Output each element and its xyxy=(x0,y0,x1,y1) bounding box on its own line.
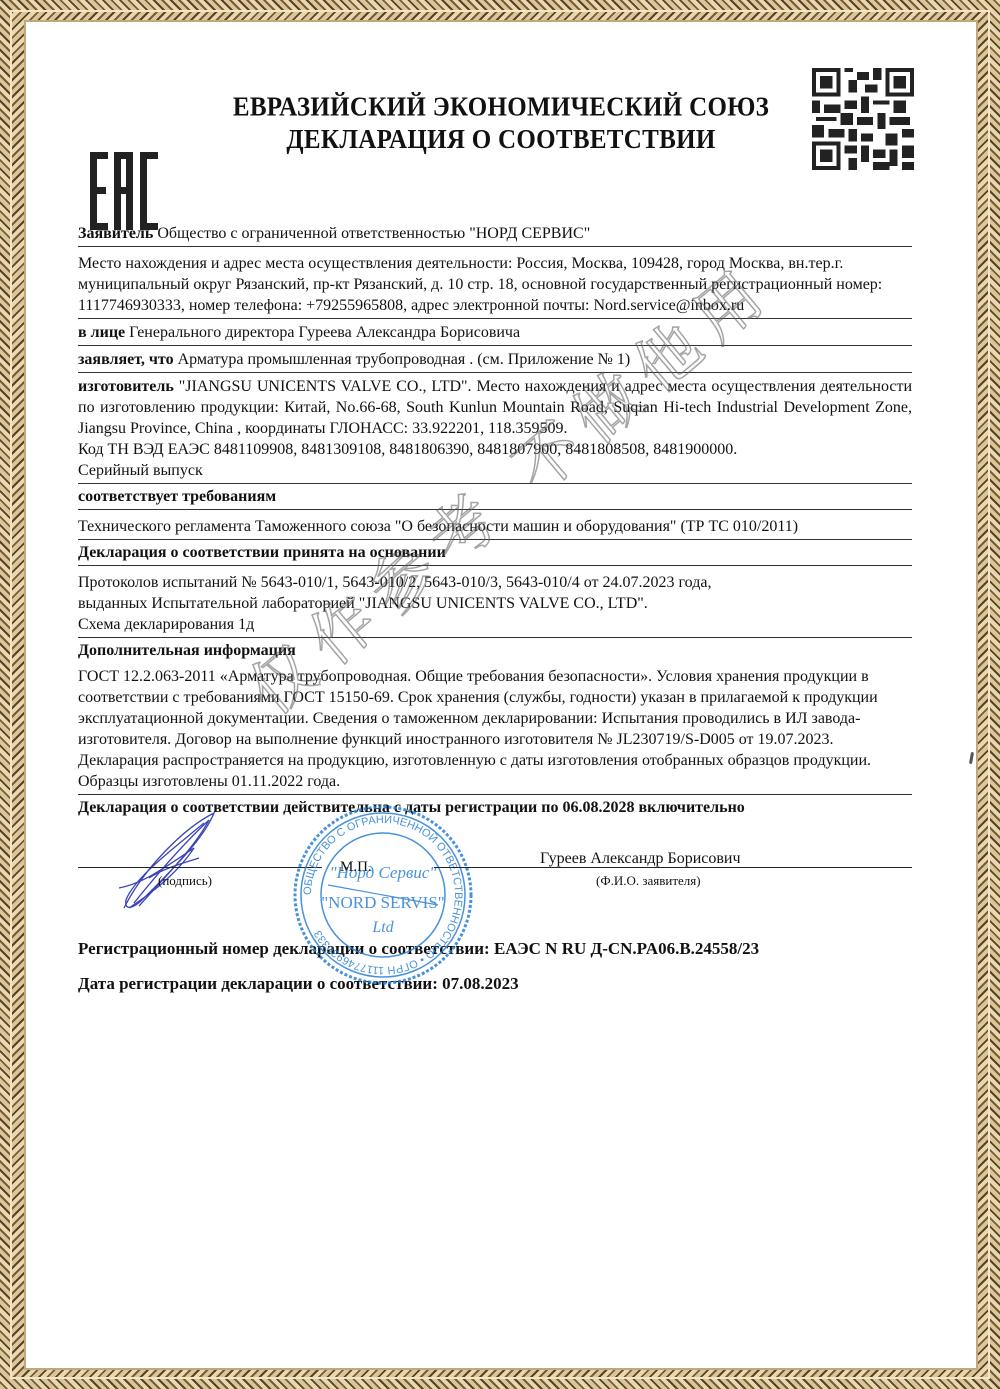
declares-row: заявляет, что Арматура промышленная труб… xyxy=(78,346,912,373)
handwritten-signature-icon xyxy=(104,808,234,918)
registration-number: ЕАЭС N RU Д-CN.PA06.B.24558/23 xyxy=(494,939,759,958)
signature-area: (подпись) ОБЩЕСТВО С ОГРАНИЧЕННОЙ ОТВЕТС… xyxy=(78,820,912,930)
basis-laboratory: выданных Испытательной лабораторией "JIA… xyxy=(78,593,912,614)
represented-by-label: в лице xyxy=(78,324,125,341)
seal-line3: Ltd xyxy=(371,919,394,936)
seal-place-label: М.П. xyxy=(340,857,372,878)
signature-caption: (подпись) xyxy=(158,870,212,891)
applicant-address: Место нахождения и адрес места осуществл… xyxy=(78,247,912,319)
eac-logo-icon xyxy=(90,152,160,230)
represented-by-row: в лице Генерального директора Гуреева Ал… xyxy=(78,319,912,346)
basis-block: Протоколов испытаний № 5643-010/1, 5643-… xyxy=(78,566,912,638)
additional-heading: Дополнительная информация xyxy=(78,638,912,663)
signer-caption: (Ф.И.О. заявителя) xyxy=(596,870,701,891)
qr-code-icon[interactable] xyxy=(812,68,914,170)
signature-line xyxy=(78,867,322,868)
basis-heading: Декларация о соответствии принята на осн… xyxy=(78,540,912,566)
requirements-heading: соответствует требованиям xyxy=(78,484,912,510)
applicant-row: Заявитель Общество с ограниченной ответс… xyxy=(78,220,912,247)
declaration-page: ЕВРАЗИЙСКИЙ ЭКОНОМИЧЕСКИЙ СОЮЗ ДЕКЛАРАЦИ… xyxy=(24,20,978,1370)
manufacturer-row: изготовитель "JIANGSU UNICENTS VALVE CO.… xyxy=(78,373,912,484)
declares-label: заявляет, что xyxy=(78,351,174,368)
signer-name: Гуреев Александр Борисович xyxy=(540,848,741,869)
registration-number-row: Регистрационный номер декларации о соотв… xyxy=(78,938,912,959)
manufacturer-label: изготовитель xyxy=(78,378,174,395)
seal-line2: "NORD SERVIS" xyxy=(321,893,445,912)
represented-by-value: Генерального директора Гуреева Александр… xyxy=(129,324,520,341)
manufacturer-block: изготовитель "JIANGSU UNICENTS VALVE CO.… xyxy=(78,376,912,439)
manufacturer-value: "JIANGSU UNICENTS VALVE CO., LTD". Место… xyxy=(78,378,912,437)
basis-protocols: Протоколов испытаний № 5643-010/1, 5643-… xyxy=(78,572,912,593)
requirements-value: Технического регламента Таможенного союз… xyxy=(78,510,912,540)
basis-scheme: Схема декларирования 1д xyxy=(78,614,912,635)
declaration-body: Заявитель Общество с ограниченной ответс… xyxy=(78,220,912,994)
company-seal-icon: ОБЩЕСТВО С ОГРАНИЧЕННОЙ ОТВЕТСТВЕННОСТЬЮ… xyxy=(288,800,478,990)
applicant-label: Заявитель xyxy=(78,225,153,242)
production-type: Серийный выпуск xyxy=(78,460,912,481)
applicant-address-text: Место нахождения и адрес места осуществл… xyxy=(78,255,882,314)
registration-date-row: Дата регистрации декларации о соответств… xyxy=(78,973,912,994)
declares-value: Арматура промышленная трубопроводная . (… xyxy=(178,351,631,368)
ink-mark xyxy=(969,752,974,764)
applicant-value: Общество с ограниченной ответственностью… xyxy=(157,225,590,242)
additional-info: ГОСТ 12.2.063-2011 «Арматура трубопровод… xyxy=(78,663,912,795)
hs-codes: Код ТН ВЭД ЕАЭС 8481109908, 8481309108, … xyxy=(78,439,912,460)
